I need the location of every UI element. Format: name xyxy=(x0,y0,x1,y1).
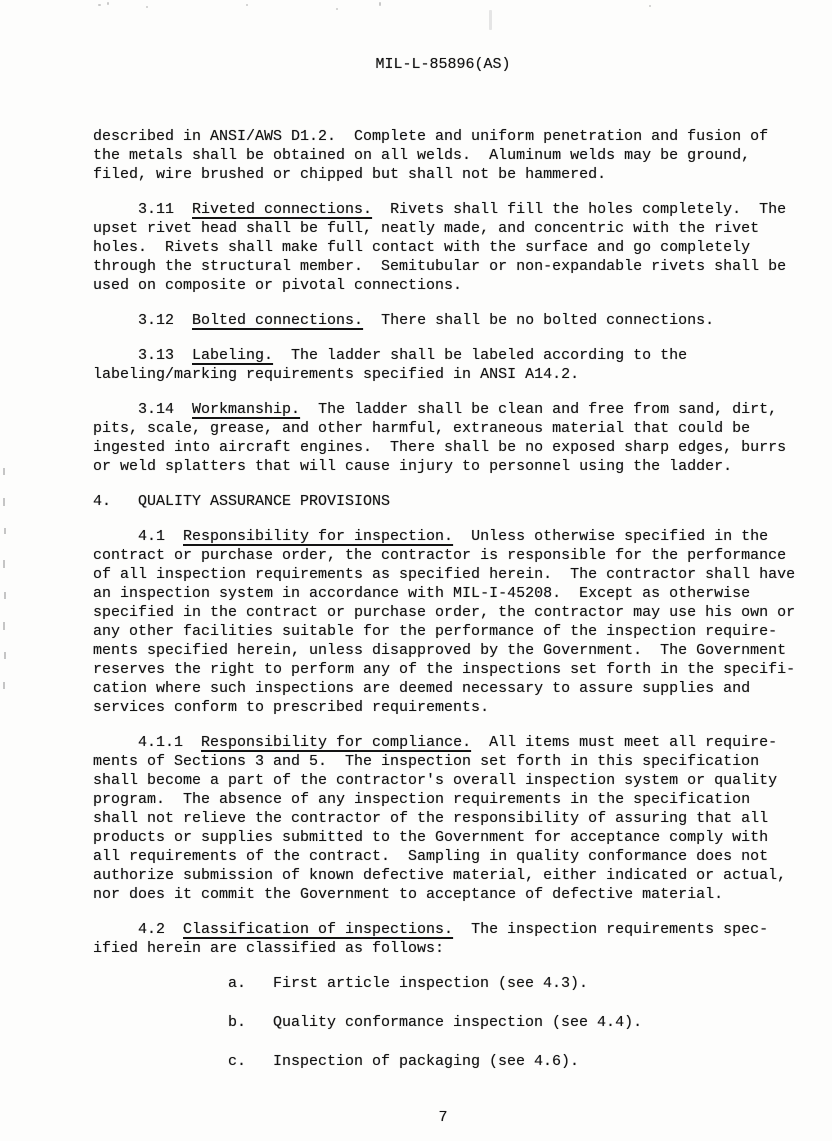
paragraph-heading: Responsibility for inspection. xyxy=(183,528,453,545)
paragraph-heading: Classification of inspections. xyxy=(183,921,453,938)
scan-edge-mark xyxy=(3,498,5,506)
paragraph-text: Unless otherwise specified in the contra… xyxy=(93,528,795,716)
paragraph-text: There shall be no bolted connections. xyxy=(363,312,714,329)
paragraph-lead: 4.2 xyxy=(93,921,183,938)
scan-speckle xyxy=(379,2,381,6)
scan-edge-mark xyxy=(3,622,5,630)
paragraph-text: All items must meet all require- ments o… xyxy=(93,734,786,903)
paragraph-welding-continuation: described in ANSI/AWS D1.2. Complete and… xyxy=(93,127,805,184)
paragraph-text: described in ANSI/AWS D1.2. Complete and… xyxy=(93,128,768,183)
paragraph-lead: 3.14 xyxy=(93,401,192,418)
document-body: described in ANSI/AWS D1.2. Complete and… xyxy=(93,127,805,1091)
scan-edge-mark xyxy=(4,528,6,534)
paragraph-lead: 4.1.1 xyxy=(93,734,201,751)
paragraph-lead: 3.13 xyxy=(93,347,192,364)
paragraph-lead: 3.12 xyxy=(93,312,192,329)
scan-speckle xyxy=(489,10,492,30)
paragraph-3-11-riveted-connections: 3.11 Riveted connections. Rivets shall f… xyxy=(93,200,805,295)
page-number: 7 xyxy=(93,1108,793,1127)
scan-speckle xyxy=(146,6,148,8)
scan-speckle xyxy=(336,8,338,10)
scan-edge-mark xyxy=(3,468,5,475)
paragraph-3-13-labeling: 3.13 Labeling. The ladder shall be label… xyxy=(93,346,805,384)
scan-edge-mark xyxy=(3,682,5,689)
list-item-b: b. Quality conformance inspection (see 4… xyxy=(228,1013,805,1032)
paragraph-3-14-workmanship: 3.14 Workmanship. The ladder shall be cl… xyxy=(93,400,805,476)
scan-speckle xyxy=(98,4,101,6)
paragraph-4-1-responsibility-for-inspection: 4.1 Responsibility for inspection. Unles… xyxy=(93,527,805,717)
scan-edge-mark xyxy=(4,592,6,599)
document-page: MIL-L-85896(AS) described in ANSI/AWS D1… xyxy=(0,0,832,1141)
paragraph-heading: Responsibility for compliance. xyxy=(201,734,471,751)
paragraph-lead: 3.11 xyxy=(93,201,192,218)
list-item-c: c. Inspection of packaging (see 4.6). xyxy=(228,1052,805,1071)
section-heading-text: 4. QUALITY ASSURANCE PROVISIONS xyxy=(93,493,390,510)
scan-edge-mark xyxy=(3,560,5,568)
paragraph-heading: Bolted connections. xyxy=(192,312,363,329)
paragraph-4-2-classification-of-inspections: 4.2 Classification of inspections. The i… xyxy=(93,920,805,958)
paragraph-heading: Labeling. xyxy=(192,347,273,364)
scan-speckle xyxy=(649,5,651,7)
scan-edge-mark xyxy=(4,652,6,659)
paragraph-3-12-bolted-connections: 3.12 Bolted connections. There shall be … xyxy=(93,311,805,330)
scan-speckle xyxy=(107,2,109,5)
document-number-header: MIL-L-85896(AS) xyxy=(93,55,793,74)
scan-speckle xyxy=(246,4,248,6)
paragraph-heading: Workmanship. xyxy=(192,401,300,418)
list-item-a: a. First article inspection (see 4.3). xyxy=(228,974,805,993)
paragraph-4-1-1-responsibility-for-compliance: 4.1.1 Responsibility for compliance. All… xyxy=(93,733,805,904)
paragraph-heading: Riveted connections. xyxy=(192,201,372,218)
section-4-heading: 4. QUALITY ASSURANCE PROVISIONS xyxy=(93,492,805,511)
paragraph-lead: 4.1 xyxy=(93,528,183,545)
